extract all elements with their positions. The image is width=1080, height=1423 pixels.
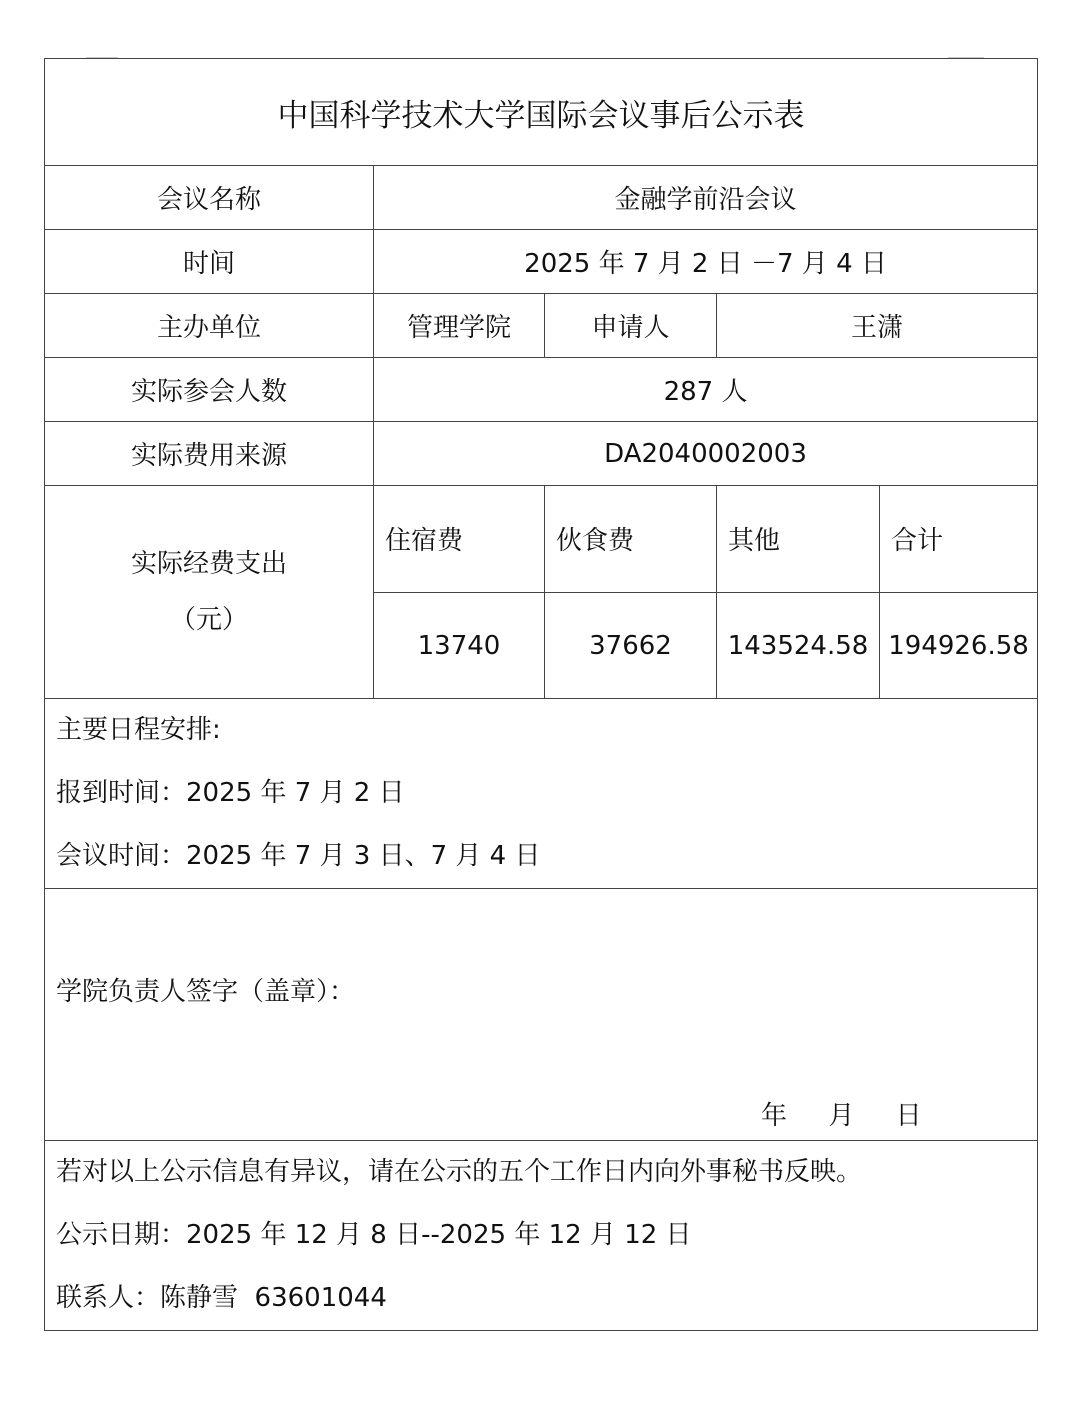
expenses-header-row: 实际经费支出 （元） 住宿费 伙食费 其他 合计 bbox=[45, 486, 1038, 593]
signature-cell: 学院负责人签字（盖章）： 年 月 日 bbox=[45, 889, 1038, 1141]
expense-col-other: 其他 bbox=[717, 486, 880, 593]
title-row: 中国科学技术大学国际会议事后公示表 bbox=[45, 59, 1038, 166]
funding-source-label: 实际费用来源 bbox=[45, 422, 374, 486]
time-label: 时间 bbox=[45, 230, 374, 294]
expense-col-total: 合计 bbox=[880, 486, 1038, 593]
attendees-value: 287 人 bbox=[374, 358, 1038, 422]
meeting-name-label: 会议名称 bbox=[45, 166, 374, 230]
expenses-label-unit: （元） bbox=[45, 607, 373, 633]
schedule-row: 主要日程安排: 报到时间：2025 年 7 月 2 日 会议时间：2025 年 … bbox=[45, 699, 1038, 889]
contact-info: 联系人：陈静雪 63601044 bbox=[56, 1267, 1037, 1330]
notice-cell: 若对以上公示信息有异议，请在公示的五个工作日内向外事秘书反映。 公示日期：202… bbox=[45, 1141, 1038, 1331]
organizer-row: 主办单位 管理学院 申请人 王潇 bbox=[45, 294, 1038, 358]
organizer-label: 主办单位 bbox=[45, 294, 374, 358]
signature-row: 学院负责人签字（盖章）： 年 月 日 bbox=[45, 889, 1038, 1141]
signature-date-placeholder: 年 月 日 bbox=[761, 1095, 922, 1132]
funding-source-value: DA2040002003 bbox=[374, 422, 1038, 486]
objection-notice: 若对以上公示信息有异议，请在公示的五个工作日内向外事秘书反映。 bbox=[56, 1141, 1037, 1204]
page-title: 中国科学技术大学国际会议事后公示表 bbox=[45, 59, 1038, 166]
expense-value-meals: 37662 bbox=[545, 593, 717, 699]
expense-col-lodging: 住宿费 bbox=[374, 486, 545, 593]
announcement-table: 中国科学技术大学国际会议事后公示表 会议名称 金融学前沿会议 时间 2025 年… bbox=[44, 58, 1038, 1331]
applicant-label: 申请人 bbox=[545, 294, 717, 358]
schedule-heading: 主要日程安排: bbox=[56, 699, 1037, 762]
time-value: 2025 年 7 月 2 日 －7 月 4 日 bbox=[374, 230, 1038, 294]
expenses-label-line1: 实际经费支出 bbox=[45, 551, 373, 577]
expense-col-meals: 伙食费 bbox=[545, 486, 717, 593]
meeting-time: 会议时间：2025 年 7 月 3 日、7 月 4 日 bbox=[56, 825, 1037, 888]
registration-time: 报到时间：2025 年 7 月 2 日 bbox=[56, 762, 1037, 825]
applicant-value: 王潇 bbox=[717, 294, 1038, 358]
attendees-label: 实际参会人数 bbox=[45, 358, 374, 422]
meeting-name-value: 金融学前沿会议 bbox=[374, 166, 1038, 230]
meeting-name-row: 会议名称 金融学前沿会议 bbox=[45, 166, 1038, 230]
organizer-value: 管理学院 bbox=[374, 294, 545, 358]
time-row: 时间 2025 年 7 月 2 日 －7 月 4 日 bbox=[45, 230, 1038, 294]
schedule-cell: 主要日程安排: 报到时间：2025 年 7 月 2 日 会议时间：2025 年 … bbox=[45, 699, 1038, 889]
funding-source-row: 实际费用来源 DA2040002003 bbox=[45, 422, 1038, 486]
notice-row: 若对以上公示信息有异议，请在公示的五个工作日内向外事秘书反映。 公示日期：202… bbox=[45, 1141, 1038, 1331]
announcement-period: 公示日期：2025 年 12 月 8 日--2025 年 12 月 12 日 bbox=[56, 1204, 1037, 1267]
expenses-label: 实际经费支出 （元） bbox=[45, 486, 374, 699]
signature-label: 学院负责人签字（盖章）： bbox=[56, 971, 355, 1008]
expense-value-lodging: 13740 bbox=[374, 593, 545, 699]
expense-value-other: 143524.58 bbox=[717, 593, 880, 699]
attendees-row: 实际参会人数 287 人 bbox=[45, 358, 1038, 422]
expense-value-total: 194926.58 bbox=[880, 593, 1038, 699]
